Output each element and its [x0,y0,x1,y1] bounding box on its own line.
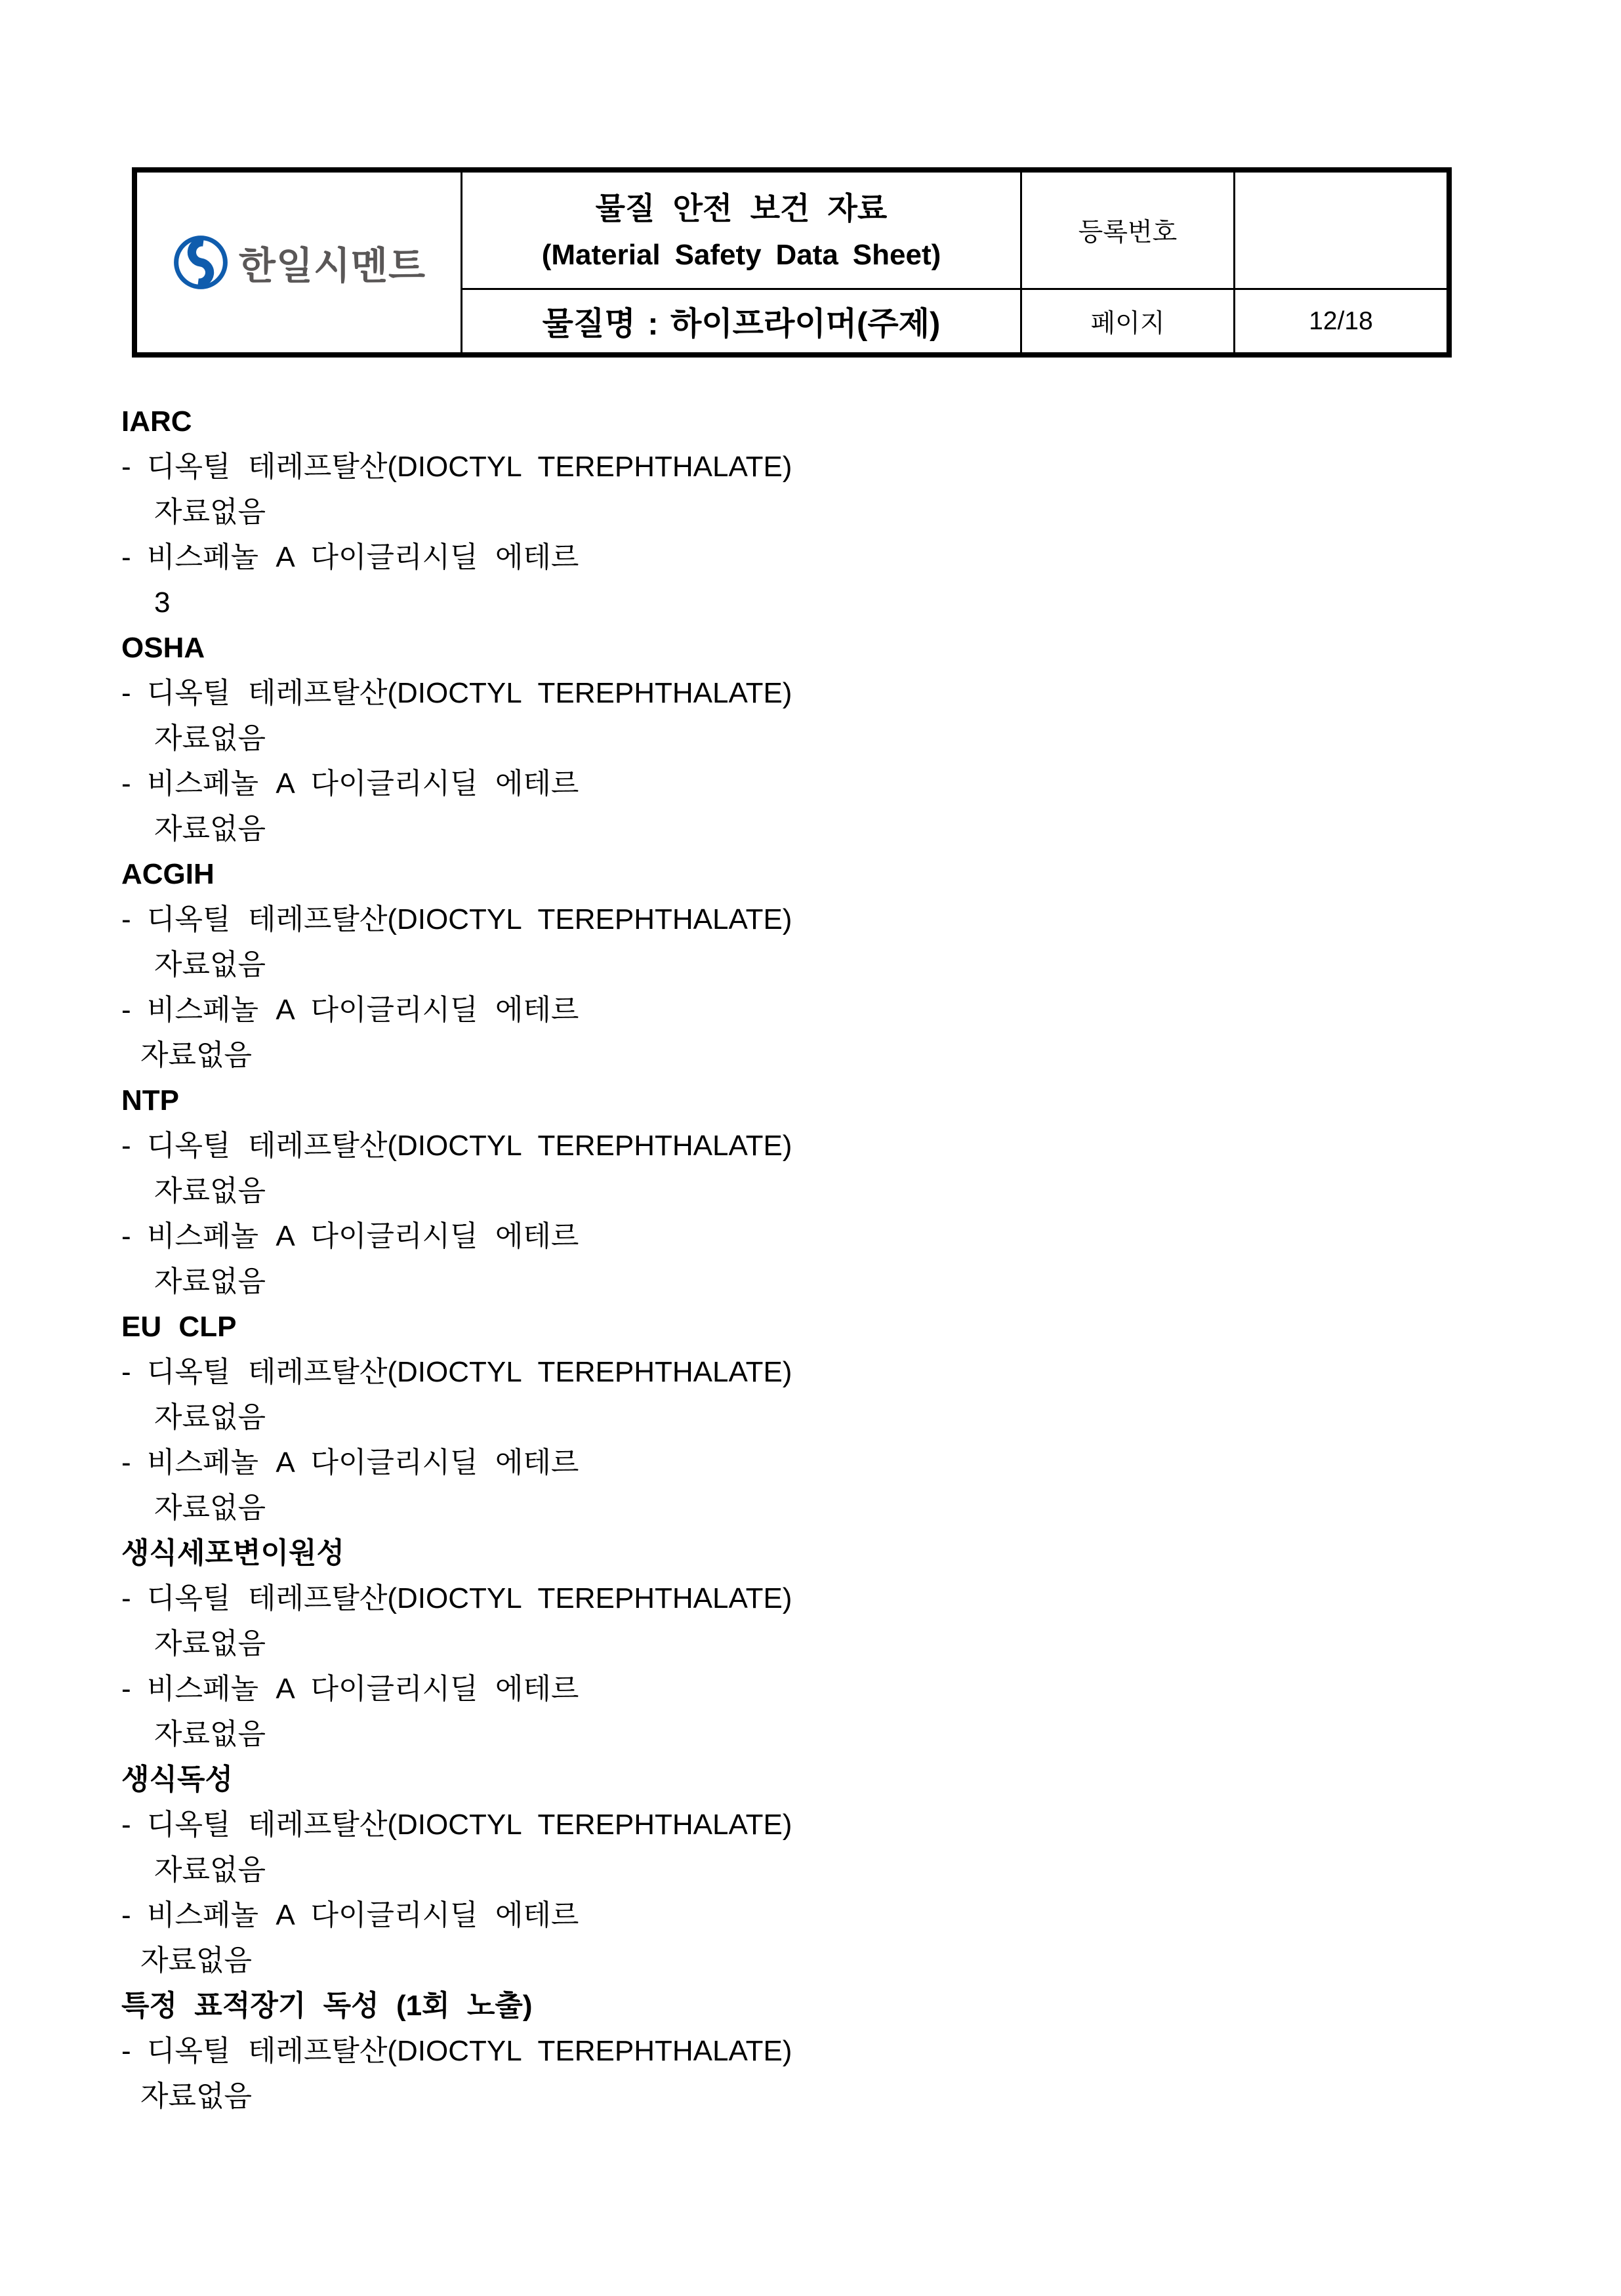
entry-substance: -비스페놀 A 다이글리시딜 에테르 [121,1666,1499,1712]
company-name: 한일시멘트 [239,235,426,290]
section-heading: OSHA [121,625,1499,670]
entry-value: 자료없음 [121,1168,1499,1214]
entry-value: 자료없음 [121,1847,1499,1893]
substance-name: 비스페놀 A 다이글리시딜 에테르 [147,1446,579,1479]
bullet-dash: - [121,1349,147,1395]
page-label-cell: 페이지 [1021,289,1235,355]
hanil-cement-logo-icon [172,234,230,291]
substance-name: 비스페놀 A 다이글리시딜 에테르 [147,768,579,800]
header-table: 한일시멘트 물질 안전 보건 자료 (Material Safety Data … [132,167,1452,358]
entry-substance: -비스페놀 A 다이글리시딜 에테르 [121,1214,1499,1259]
substance-name-cell: 물질명 : 하이프라이머(주제) [462,289,1021,355]
entry-substance: -디옥틸 테레프탈산(DIOCTYL TEREPHTHALATE) [121,1576,1499,1621]
substance-name: 디옥틸 테레프탈산(DIOCTYL TEREPHTHALATE) [147,677,792,709]
doc-title-korean: 물질 안전 보건 자료 [462,188,1020,224]
section-heading: NTP [121,1078,1499,1123]
substance-name: 비스페놀 A 다이글리시딜 에테르 [147,1899,579,1931]
entry-value: 자료없음 [121,1485,1499,1530]
substance-name: 디옥틸 테레프탈산(DIOCTYL TEREPHTHALATE) [147,2035,792,2067]
bullet-dash: - [121,670,147,716]
entry-value: 자료없음 [121,1033,1499,1078]
entry-substance: -비스페놀 A 다이글리시딜 에테르 [121,987,1499,1033]
bullet-dash: - [121,1123,147,1168]
section-heading: 생식독성 [121,1757,1499,1802]
entry-value: 자료없음 [121,1712,1499,1757]
entry-value: 자료없음 [121,806,1499,851]
section-heading: IARC [121,399,1499,444]
entry-substance: -디옥틸 테레프탈산(DIOCTYL TEREPHTHALATE) [121,1802,1499,1847]
entry-substance: -디옥틸 테레프탈산(DIOCTYL TEREPHTHALATE) [121,1349,1499,1395]
entry-value: 자료없음 [121,1621,1499,1666]
bullet-dash: - [121,535,147,580]
entry-substance: -디옥틸 테레프탈산(DIOCTYL TEREPHTHALATE) [121,1123,1499,1168]
substance-name: 디옥틸 테레프탈산(DIOCTYL TEREPHTHALATE) [147,903,792,935]
substance-name: 비스페놀 A 다이글리시딜 에테르 [147,1673,579,1705]
substance-name: 디옥틸 테레프탈산(DIOCTYL TEREPHTHALATE) [147,1130,792,1162]
entry-value: 자료없음 [121,942,1499,987]
bullet-dash: - [121,1802,147,1847]
company-logo: 한일시멘트 [137,234,461,291]
substance-name: 디옥틸 테레프탈산(DIOCTYL TEREPHTHALATE) [147,451,792,483]
bullet-dash: - [121,1214,147,1259]
entry-value: 자료없음 [121,489,1499,535]
substance-name: 디옥틸 테레프탈산(DIOCTYL TEREPHTHALATE) [147,1582,792,1614]
msds-page: 한일시멘트 물질 안전 보건 자료 (Material Safety Data … [0,0,1621,2296]
substance-name: 비스페놀 A 다이글리시딜 에테르 [147,541,579,573]
bullet-dash: - [121,1440,147,1485]
entry-value: 자료없음 [121,2074,1499,2119]
page-label: 페이지 [1090,310,1164,338]
entry-value: 자료없음 [121,716,1499,761]
substance-name: 비스페놀 A 다이글리시딜 에테르 [147,994,579,1026]
page-number: 12/18 [1309,307,1373,335]
body-sections: IARC-디옥틸 테레프탈산(DIOCTYL TEREPHTHALATE)자료없… [121,399,1499,2119]
entry-substance: -비스페놀 A 다이글리시딜 에테르 [121,761,1499,806]
bullet-dash: - [121,1666,147,1712]
substance-line: 물질명 : 하이프라이머(주제) [462,298,1020,344]
doc-title-english: (Material Safety Data Sheet) [462,224,1020,274]
section-heading: EU CLP [121,1304,1499,1349]
bullet-dash: - [121,1576,147,1621]
entry-value: 자료없음 [121,1259,1499,1304]
entry-value: 자료없음 [121,1938,1499,1983]
entry-substance: -디옥틸 테레프탈산(DIOCTYL TEREPHTHALATE) [121,670,1499,716]
bullet-dash: - [121,897,147,942]
registration-value-cell [1235,170,1450,289]
section-heading: 생식세포변이원성 [121,1530,1499,1576]
bullet-dash: - [121,444,147,489]
entry-substance: -비스페놀 A 다이글리시딜 에테르 [121,1440,1499,1485]
bullet-dash: - [121,761,147,806]
entry-substance: -비스페놀 A 다이글리시딜 에테르 [121,1893,1499,1938]
bullet-dash: - [121,1893,147,1938]
doc-title-cell: 물질 안전 보건 자료 (Material Safety Data Sheet) [462,170,1021,289]
substance-name: 비스페놀 A 다이글리시딜 에테르 [147,1220,579,1252]
section-heading: ACGIH [121,851,1499,897]
entry-substance: -비스페놀 A 다이글리시딜 에테르 [121,535,1499,580]
entry-substance: -디옥틸 테레프탈산(DIOCTYL TEREPHTHALATE) [121,897,1499,942]
entry-value: 3 [121,580,1499,625]
registration-label: 등록번호 [1078,218,1178,247]
substance-name: 디옥틸 테레프탈산(DIOCTYL TEREPHTHALATE) [147,1809,792,1841]
substance-name: 디옥틸 테레프탈산(DIOCTYL TEREPHTHALATE) [147,1356,792,1388]
logo-cell: 한일시멘트 [134,170,462,355]
page-value-cell: 12/18 [1235,289,1450,355]
registration-label-cell: 등록번호 [1021,170,1235,289]
section-heading: 특정 표적장기 독성 (1회 노출) [121,1983,1499,2028]
entry-substance: -디옥틸 테레프탈산(DIOCTYL TEREPHTHALATE) [121,444,1499,489]
entry-substance: -디옥틸 테레프탈산(DIOCTYL TEREPHTHALATE) [121,2028,1499,2074]
bullet-dash: - [121,987,147,1033]
entry-value: 자료없음 [121,1395,1499,1440]
bullet-dash: - [121,2028,147,2074]
